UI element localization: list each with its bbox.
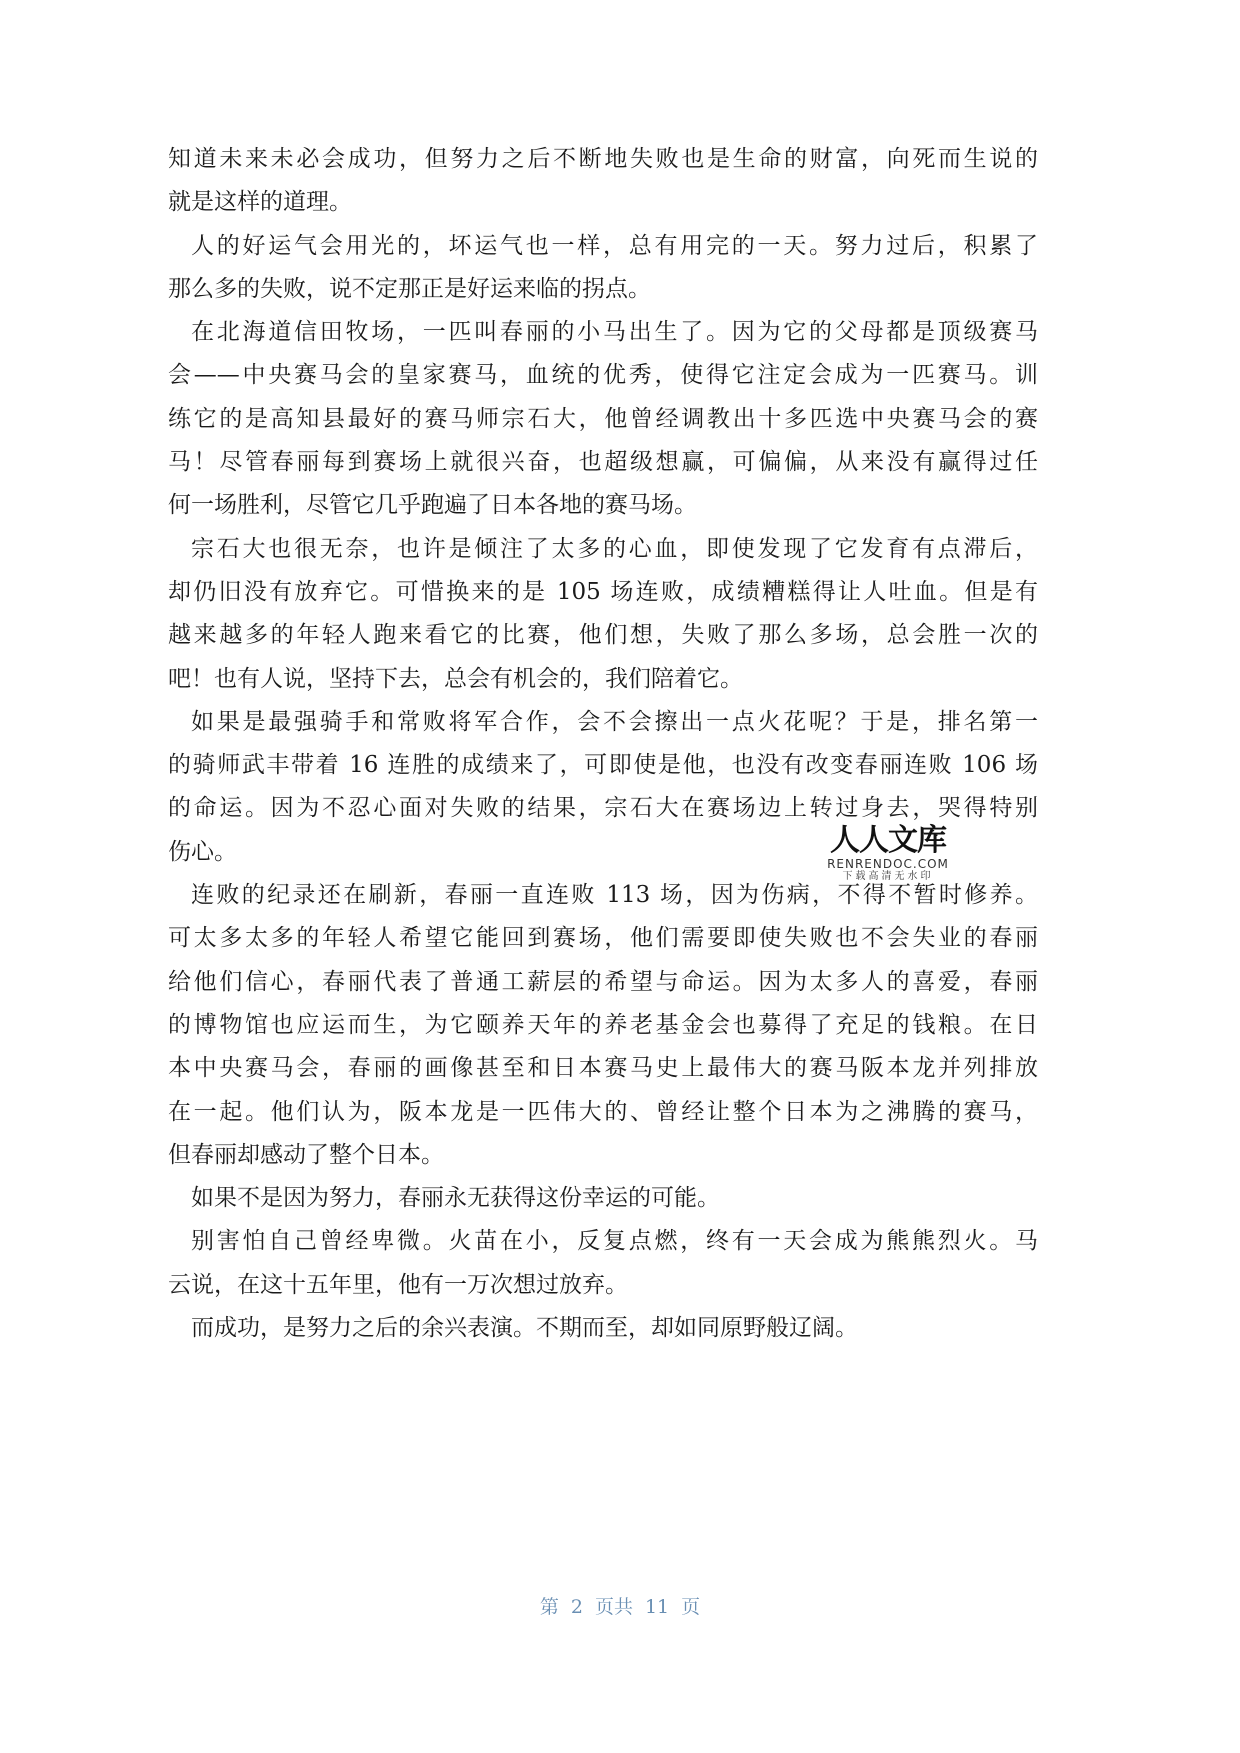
text-line: 何一场胜利，尽管它几乎跑遍了日本各地的赛马场。 (168, 484, 1038, 527)
document-page: 知道未来未必会成功，但努力之后不断地失败也是生命的财富，向死而生说的 就是这样的… (0, 0, 1240, 1753)
text-line: 的命运。因为不忍心面对失败的结果，宗石大在赛场边上转过身去，哭得特别 (168, 787, 1038, 830)
page-footer: 第2页共11页 (0, 1592, 1240, 1619)
text-line: 如果是最强骑手和常败将军合作，会不会擦出一点火花呢？于是，排名第一 (168, 701, 1038, 744)
text-line: 越来越多的年轻人跑来看它的比赛，他们想，失败了那么多场，总会胜一次的 (168, 614, 1038, 657)
text-line: 吧！也有人说，坚持下去，总会有机会的，我们陪着它。 (168, 658, 1038, 701)
text-line: 如果不是因为努力，春丽永无获得这份幸运的可能。 (168, 1177, 1038, 1220)
footer-middle: 页共 (595, 1596, 633, 1618)
text-line: 知道未来未必会成功，但努力之后不断地失败也是生命的财富，向死而生说的 (168, 138, 1038, 181)
text-line: 伤心。 (168, 831, 1038, 874)
text-line: 会——中央赛马会的皇家赛马，血统的优秀，使得它注定会成为一匹赛马。训 (168, 354, 1038, 397)
text-line: 连败的纪录还在刷新，春丽一直连败 113 场，因为伤病，不得不暂时修养。 (168, 874, 1038, 917)
text-line: 那么多的失败，说不定那正是好运来临的拐点。 (168, 268, 1038, 311)
footer-suffix: 页 (681, 1596, 700, 1618)
text-line: 别害怕自己曾经卑微。火苗在小，反复点燃，终有一天会成为熊熊烈火。马 (168, 1220, 1038, 1263)
text-line: 宗石大也很无奈，也许是倾注了太多的心血，即使发现了它发育有点滞后， (168, 528, 1038, 571)
text-line: 的骑师武丰带着 16 连胜的成绩来了，可即使是他，也没有改变春丽连败 106 场 (168, 744, 1038, 787)
text-line: 却仍旧没有放弃它。可惜换来的是 105 场连败，成绩糟糕得让人吐血。但是有 (168, 571, 1038, 614)
text-line: 但春丽却感动了整个日本。 (168, 1134, 1038, 1177)
text-line: 人的好运气会用光的，坏运气也一样，总有用完的一天。努力过后，积累了 (168, 225, 1038, 268)
text-line: 马！尽管春丽每到赛场上就很兴奋，也超级想赢，可偏偏，从来没有赢得过任 (168, 441, 1038, 484)
text-line: 在北海道信田牧场，一匹叫春丽的小马出生了。因为它的父母都是顶级赛马 (168, 311, 1038, 354)
footer-prefix: 第 (540, 1596, 559, 1618)
current-page-number: 2 (571, 1596, 583, 1618)
text-line: 在一起。他们认为，阪本龙是一匹伟大的、曾经让整个日本为之沸腾的赛马， (168, 1091, 1038, 1134)
text-line: 云说，在这十五年里，他有一万次想过放弃。 (168, 1264, 1038, 1307)
text-line: 可太多太多的年轻人希望它能回到赛场，他们需要即使失败也不会失业的春丽 (168, 917, 1038, 960)
text-line: 本中央赛马会，春丽的画像甚至和日本赛马史上最伟大的赛马阪本龙并列排放 (168, 1047, 1038, 1090)
text-line: 练它的是高知县最好的赛马师宗石大，他曾经调教出十多匹选中央赛马会的赛 (168, 398, 1038, 441)
total-pages-number: 11 (645, 1596, 669, 1618)
text-line: 的博物馆也应运而生，为它颐养天年的养老基金会也募得了充足的钱粮。在日 (168, 1004, 1038, 1047)
text-line: 给他们信心，春丽代表了普通工薪层的希望与命运。因为太多人的喜爱，春丽 (168, 961, 1038, 1004)
text-line: 就是这样的道理。 (168, 181, 1038, 224)
body-text: 知道未来未必会成功，但努力之后不断地失败也是生命的财富，向死而生说的 就是这样的… (168, 138, 1038, 1350)
text-line: 而成功，是努力之后的余兴表演。不期而至，却如同原野般辽阔。 (168, 1307, 1038, 1350)
